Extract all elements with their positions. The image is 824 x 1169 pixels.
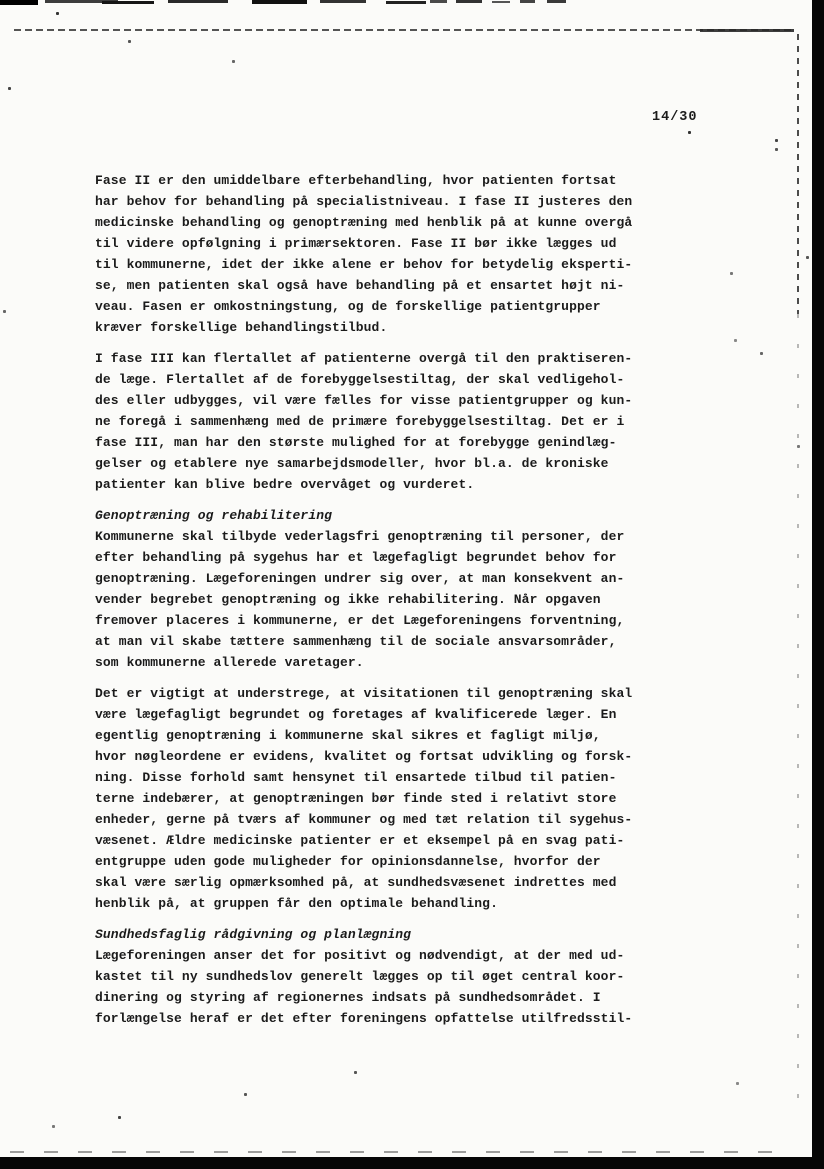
scan-artifact-bottom-edge-bar	[0, 1157, 824, 1169]
scan-speck	[354, 1071, 357, 1074]
scan-artifact-top-edge	[0, 0, 824, 6]
scan-speck	[775, 148, 778, 151]
paragraph-fase-ii: Fase II er den umiddelbare efterbehandli…	[95, 170, 735, 338]
paragraph-genoptraening-kommuner: Kommunerne skal tilbyde vederlagsfri gen…	[95, 526, 735, 673]
scan-speck	[128, 40, 131, 43]
paragraph-fase-iii: I fase III kan flertallet af patienterne…	[95, 348, 735, 495]
scan-speck	[8, 87, 11, 90]
scan-speck	[797, 445, 800, 448]
scan-speck	[244, 1093, 247, 1096]
scan-speck	[52, 1125, 55, 1128]
paragraph-sundhedslov: Lægeforeningen anser det for positivt og…	[95, 945, 735, 1029]
scan-speck	[3, 310, 6, 313]
scan-artifact-dashed-rule-end	[700, 29, 794, 32]
scan-speck	[760, 352, 763, 355]
scanned-document-page: 14/30 Fase II er den umiddelbare efterbe…	[0, 0, 824, 1169]
paragraph-visitation-genoptraening: Det er vigtigt at understrege, at visita…	[95, 683, 735, 914]
scan-speck	[688, 131, 691, 134]
scan-artifact-bottom-dashes	[10, 1151, 790, 1153]
document-body: Fase II er den umiddelbare efterbehandli…	[95, 170, 735, 1039]
scan-speck	[56, 12, 59, 15]
scan-speck	[736, 1082, 739, 1085]
scan-artifact-dashed-rule	[14, 29, 794, 31]
scan-artifact-right-dashes-upper	[797, 34, 799, 314]
section-heading-genoptraening-og-rehabilitering: Genoptræning og rehabilitering	[95, 505, 735, 526]
scan-artifact-right-dashes-lower	[797, 314, 799, 1124]
scan-speck	[806, 256, 809, 259]
page-number: 14/30	[652, 110, 698, 125]
section-heading-sundhedsfaglig-raadgivning: Sundhedsfaglig rådgivning og planlægning	[95, 924, 735, 945]
scan-artifact-right-edge-bar	[812, 0, 824, 1169]
scan-speck	[118, 1116, 121, 1119]
scan-speck	[775, 139, 778, 142]
scan-speck	[232, 60, 235, 63]
